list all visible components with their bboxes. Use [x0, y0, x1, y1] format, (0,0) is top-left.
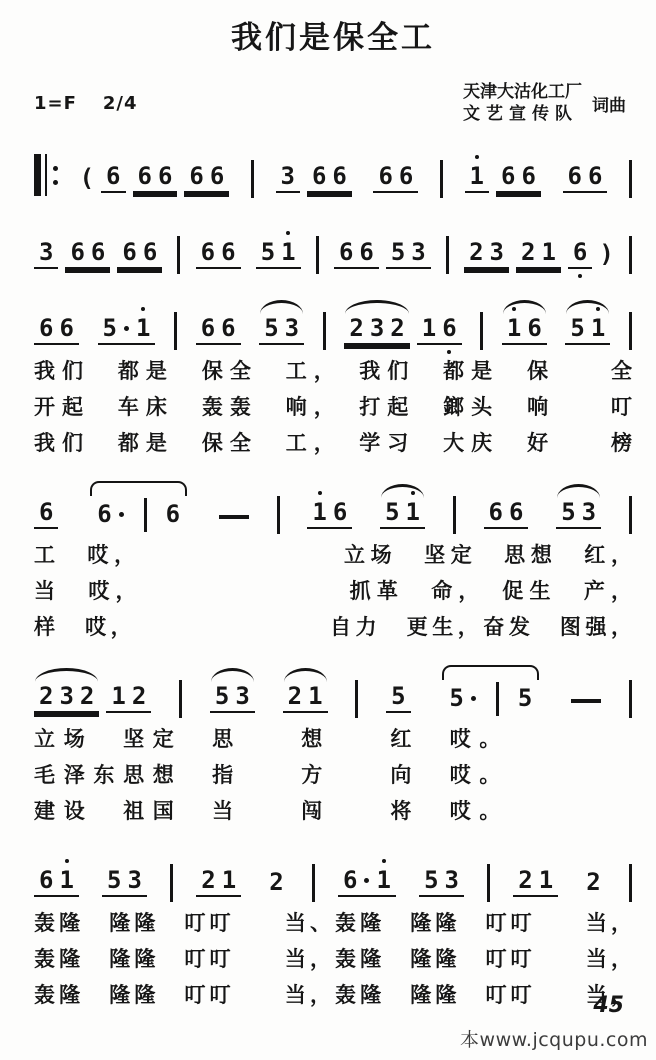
note-digits: 66	[373, 163, 418, 193]
music-line-3: 66516653232161651	[34, 279, 632, 353]
note-digits: 1	[465, 163, 489, 193]
note-group: 21	[196, 867, 241, 897]
note: 5	[100, 315, 120, 341]
note-group: 21	[516, 239, 561, 269]
note-digits: 23	[464, 239, 509, 269]
note-digits: 51	[98, 315, 156, 345]
note: 2	[583, 869, 603, 895]
note-digits: 51	[256, 239, 301, 269]
note: 6	[119, 239, 139, 265]
note-digits: 66	[307, 163, 352, 193]
beat-cluster: 66	[484, 499, 529, 529]
note-digits: 12	[106, 683, 151, 713]
note-digits: 2	[264, 869, 288, 897]
note-digits: 66	[484, 499, 529, 529]
note: 6	[36, 499, 56, 525]
note-digits: 53	[102, 867, 147, 897]
note-group: 21	[513, 867, 558, 897]
note-digits: 5	[444, 685, 481, 713]
lyric-line-5-3: 建设 祖国 当 闯 将 哎。	[34, 793, 500, 829]
page-content: 我们是保全工 1=F2/4 天津大沽化工厂 文艺宣传队 词曲 (66666366…	[0, 0, 656, 1013]
note-digits: 6	[92, 501, 129, 529]
note-group: 66	[133, 163, 178, 193]
credit-line-2: 文艺宣传队	[463, 103, 582, 125]
score: (666663666616666366666651665323216)66516…	[34, 127, 632, 1013]
note-digits: 61	[34, 867, 79, 897]
page-number: 45	[593, 993, 624, 1018]
barline	[355, 680, 358, 718]
note-digits: 3	[276, 163, 300, 193]
note: 3	[367, 315, 387, 341]
note-group: 66	[65, 239, 110, 269]
note: 6	[140, 239, 160, 265]
note-digits: 66	[34, 315, 79, 345]
note: 1	[588, 315, 608, 341]
note: 5	[388, 239, 408, 265]
barline	[480, 312, 483, 350]
note-digits: 66	[196, 239, 241, 269]
note-group: 66	[484, 499, 529, 529]
note: 6	[88, 239, 108, 265]
beat-cluster: 16	[307, 499, 352, 529]
octave-dot-below	[447, 350, 451, 354]
note: 5	[558, 499, 578, 525]
beat-cluster: 53	[210, 683, 255, 713]
note: 3	[36, 239, 56, 265]
barline	[323, 312, 326, 350]
note-digits: 16	[502, 315, 547, 345]
music-text: (	[80, 165, 94, 193]
system-4: 66616516653工 哎， 立场 坚定 思想 红，当 哎， 抓革 命， 促生…	[34, 463, 632, 645]
barline	[629, 680, 632, 718]
beat-cluster: 21	[196, 867, 241, 897]
beat-cluster: 53	[419, 867, 464, 897]
barline	[144, 498, 147, 532]
repeat-thin-bar	[45, 154, 47, 196]
music-line-1: (666663666616666	[34, 127, 632, 201]
lyric-line-3-1: 我们 都是 保全 工， 我们 都是 保 全	[34, 353, 632, 389]
note: 6	[67, 239, 87, 265]
note-digits: 66	[496, 163, 541, 193]
key-signature: 1=F	[34, 93, 77, 114]
beat-cluster: 2	[264, 869, 288, 897]
lyric-line-3-3: 我们 都是 保全 工， 学习 大庆 好 榜	[34, 425, 632, 461]
barline	[496, 682, 499, 716]
note-group: 12	[106, 683, 151, 713]
note-group: 51	[380, 499, 425, 529]
note-group: 66	[196, 315, 241, 345]
note-group: 23	[464, 239, 509, 269]
note-group: 2	[581, 869, 605, 897]
note-group: 66	[307, 163, 352, 193]
note: 5	[212, 683, 232, 709]
time-signature: 2/4	[103, 93, 138, 114]
note: 3	[232, 683, 252, 709]
note: 6	[506, 499, 526, 525]
augmentation-dot	[364, 878, 369, 883]
octave-dot-above	[65, 859, 69, 863]
lyric-line-5-1: 立场 坚定 思 想 红 哎。	[34, 721, 500, 757]
note-group: 6	[34, 499, 58, 529]
note: 6	[163, 501, 183, 527]
beat-cluster: 21	[283, 683, 328, 713]
beat-cluster: 6	[34, 499, 58, 529]
music-text: )	[599, 241, 613, 269]
note: 2	[266, 869, 286, 895]
augmentation-dot	[119, 512, 124, 517]
beat-cluster: 51	[380, 499, 425, 529]
note: 5	[421, 867, 441, 893]
note: 5	[446, 685, 466, 711]
tie-group: 55	[438, 682, 543, 713]
note-group: 5	[513, 685, 537, 713]
note: 1	[133, 315, 153, 341]
song-title: 我们是保全工	[34, 12, 632, 57]
note: 1	[419, 315, 439, 341]
credit-suffix: 词曲	[592, 91, 626, 116]
note-digits: 16	[307, 499, 352, 529]
beat-cluster: 2	[581, 869, 605, 897]
note-digits: 51	[565, 315, 610, 345]
held-note-dash	[219, 515, 249, 519]
note: 1	[467, 163, 487, 189]
octave-dot-above	[475, 155, 479, 159]
beat-cluster: 51	[256, 239, 301, 269]
watermark-text: 本www.jcqupu.com	[460, 1025, 648, 1052]
credit-lines: 天津大沽化工厂 文艺宣传队	[463, 81, 582, 125]
repeat-dots	[53, 166, 58, 185]
note-group: 6	[92, 501, 129, 529]
barline	[629, 864, 632, 902]
system-5: 232125321555立场 坚定 思 想 红 哎。毛泽东思想 指 方 向 哎。…	[34, 647, 632, 829]
note: 1	[309, 499, 329, 525]
octave-dot-below	[578, 274, 582, 278]
beat-cluster: 51	[565, 315, 610, 345]
note-group: 66	[373, 163, 418, 193]
note-group: 53	[556, 499, 601, 529]
note-digits: 5	[386, 683, 410, 713]
note-digits: 232	[344, 315, 409, 345]
tie-group: 66	[86, 498, 191, 529]
note-group: 16	[502, 315, 547, 345]
note-group: 232	[34, 683, 99, 713]
note: 6	[198, 239, 218, 265]
note: 6	[36, 867, 56, 893]
note-digits: 6	[101, 163, 125, 193]
note: 3	[282, 315, 302, 341]
beat-cluster: 21	[513, 867, 558, 897]
note-group: 6	[101, 163, 125, 193]
beat-cluster: 36666	[34, 239, 162, 269]
note: 1	[536, 867, 556, 893]
note-digits: 53	[419, 867, 464, 897]
note-group: 6	[161, 501, 185, 529]
note: 1	[504, 315, 524, 341]
note: 1	[305, 683, 325, 709]
note-digits: 21	[513, 867, 558, 897]
beat-cluster: 51	[98, 315, 156, 345]
note: 3	[278, 163, 298, 189]
note: 2	[466, 239, 486, 265]
note-digits: 16	[417, 315, 462, 345]
octave-dot-above	[596, 307, 600, 311]
meta-row: 1=F2/4 天津大沽化工厂 文艺宣传队 词曲	[34, 81, 632, 125]
note-group: 21	[283, 683, 328, 713]
note-group: 5	[386, 683, 410, 713]
note-digits: 53	[259, 315, 304, 345]
note-digits: 66	[334, 239, 379, 269]
system-1: (666663666616666	[34, 127, 632, 201]
note: 2	[77, 683, 97, 709]
note-group: 66	[117, 239, 162, 269]
barline	[179, 680, 182, 718]
note-group: 51	[565, 315, 610, 345]
note: 6	[198, 315, 218, 341]
credits-block: 天津大沽化工厂 文艺宣传队 词曲	[463, 81, 626, 125]
beat-cluster: 61	[34, 867, 79, 897]
octave-dot-above	[411, 491, 415, 495]
note: 2	[36, 683, 56, 709]
note-digits: 53	[556, 499, 601, 529]
octave-dot-above	[512, 307, 516, 311]
barline	[446, 236, 449, 274]
note-digits: 66	[65, 239, 110, 269]
note: 1	[108, 683, 128, 709]
note: 5	[261, 315, 281, 341]
note-group: 66	[563, 163, 608, 193]
note: 6	[585, 163, 605, 189]
note-group: 16	[307, 499, 352, 529]
augmentation-dot	[471, 696, 476, 701]
note-group: 53	[210, 683, 255, 713]
lyric-line-6-3: 轰隆 隆隆 叮叮 当，轰隆 隆隆 叮叮 当，	[34, 977, 632, 1013]
note: 3	[408, 239, 428, 265]
note: 6	[439, 315, 459, 341]
beat-cluster: 66	[196, 315, 241, 345]
note: 2	[129, 683, 149, 709]
note-digits: 21	[516, 239, 561, 269]
barline	[629, 160, 632, 198]
note: 1	[278, 239, 298, 265]
note: 1	[373, 867, 393, 893]
note: 6	[336, 239, 356, 265]
note-group: 2	[264, 869, 288, 897]
note: 5	[515, 685, 535, 711]
note-group: 66	[496, 163, 541, 193]
note: 6	[524, 315, 544, 341]
barline	[629, 312, 632, 350]
note-digits: 5	[513, 685, 537, 713]
barline	[251, 160, 254, 198]
lyric-line-6-2: 轰隆 隆隆 叮叮 当，轰隆 隆隆 叮叮 当，	[34, 941, 632, 977]
barline	[629, 496, 632, 534]
barline	[453, 496, 456, 534]
note-group: 66	[196, 239, 241, 269]
note-digits: 53	[386, 239, 431, 269]
note: 5	[567, 315, 587, 341]
note: 5	[388, 683, 408, 709]
note-digits: 21	[283, 683, 328, 713]
note: 2	[518, 239, 538, 265]
note: 6	[155, 163, 175, 189]
note-digits: 66	[563, 163, 608, 193]
note: 6	[309, 163, 329, 189]
note: 6	[396, 163, 416, 189]
note-digits: 51	[380, 499, 425, 529]
note-group: 66	[334, 239, 379, 269]
note: 6	[56, 315, 76, 341]
credit-line-1: 天津大沽化工厂	[463, 81, 582, 103]
note-group: 5	[444, 685, 481, 713]
note: 6	[570, 239, 590, 265]
lyric-line-4-1: 工 哎， 立场 坚定 思想 红，	[34, 537, 632, 573]
note-group: 53	[102, 867, 147, 897]
sheet-music-page: 我们是保全工 1=F2/4 天津大沽化工厂 文艺宣传队 词曲 (66666366…	[0, 0, 656, 1060]
held-note-dash	[571, 699, 601, 703]
lyric-line-4-2: 当 哎， 抓革 命， 促生 产，	[34, 573, 632, 609]
note: 1	[403, 499, 423, 525]
note: 6	[207, 163, 227, 189]
note: 6	[356, 239, 376, 265]
note: 6	[36, 315, 56, 341]
barline	[174, 312, 177, 350]
note: 3	[56, 683, 76, 709]
beat-cluster: 16	[502, 315, 547, 345]
note: 1	[219, 867, 239, 893]
note-group: 3	[276, 163, 300, 193]
barline	[277, 496, 280, 534]
beat-cluster: 166	[465, 163, 541, 193]
note-group: 51	[256, 239, 301, 269]
note: 6	[498, 163, 518, 189]
note: 6	[94, 501, 114, 527]
note-group: 3	[34, 239, 58, 269]
note: 6	[340, 867, 360, 893]
note: 5	[382, 499, 402, 525]
beat-cluster: 66	[563, 163, 608, 193]
note-group: 53	[386, 239, 431, 269]
note-digits: 66	[133, 163, 178, 193]
note-group: 61	[338, 867, 396, 897]
note-digits: 6	[34, 499, 58, 529]
barline	[177, 236, 180, 274]
beat-cluster: 61	[338, 867, 396, 897]
octave-dot-above	[318, 491, 322, 495]
octave-dot-above	[141, 307, 145, 311]
music-line-5: 232125321555	[34, 647, 632, 721]
note-group: 6	[568, 239, 592, 269]
augmentation-dot	[124, 326, 129, 331]
beat-cluster: 66	[34, 315, 79, 345]
note-digits: 6	[161, 501, 185, 529]
repeat-thick-bar	[34, 154, 41, 196]
note-digits: 66	[117, 239, 162, 269]
note: 3	[442, 867, 462, 893]
beat-cluster: 23216	[344, 315, 461, 345]
beat-cluster: 23216)	[464, 239, 614, 269]
note: 2	[515, 867, 535, 893]
note-group: 53	[259, 315, 304, 345]
note: 6	[103, 163, 123, 189]
barline	[170, 864, 173, 902]
note: 6	[218, 315, 238, 341]
note-group: 51	[98, 315, 156, 345]
note: 3	[487, 239, 507, 265]
music-line-2: 366666651665323216)	[34, 203, 632, 277]
note: 6	[330, 499, 350, 525]
note: 3	[125, 867, 145, 893]
beat-cluster: 53	[556, 499, 601, 529]
note-group: 232	[344, 315, 409, 345]
beat-cluster: 53	[259, 315, 304, 345]
system-2: 366666651665323216)	[34, 203, 632, 277]
barline	[316, 236, 319, 274]
note: 6	[186, 163, 206, 189]
note-group: 66	[34, 315, 79, 345]
note: 2	[346, 315, 366, 341]
note: 6	[565, 163, 585, 189]
music-line-4: 66616516653	[34, 463, 632, 537]
beat-cluster: (66666	[80, 163, 230, 193]
note: 6	[375, 163, 395, 189]
note: 1	[56, 867, 76, 893]
barline	[487, 864, 490, 902]
beat-cluster: 23212	[34, 683, 151, 713]
beat-cluster: 366	[276, 163, 352, 193]
system-6: 61532126153212轰隆 隆隆 叮叮 当、轰隆 隆隆 叮叮 当，轰隆 隆…	[34, 831, 632, 1013]
note-digits: 21	[196, 867, 241, 897]
note-group: 1	[465, 163, 489, 193]
note-digits: 61	[338, 867, 396, 897]
note-digits: 53	[210, 683, 255, 713]
repeat-begin-sign	[34, 154, 58, 196]
octave-dot-above	[286, 231, 290, 235]
beat-cluster: 66	[373, 163, 418, 193]
note-digits: 3	[34, 239, 58, 269]
note-digits: 2	[581, 869, 605, 897]
lyric-line-6-1: 轰隆 隆隆 叮叮 当、轰隆 隆隆 叮叮 当，	[34, 905, 632, 941]
beat-cluster: 53	[102, 867, 147, 897]
barline	[629, 236, 632, 274]
note: 6	[329, 163, 349, 189]
note: 6	[135, 163, 155, 189]
octave-dot-above	[382, 859, 386, 863]
note-group: 61	[34, 867, 79, 897]
note-group: 66	[184, 163, 229, 193]
note: 2	[387, 315, 407, 341]
note: 5	[104, 867, 124, 893]
note: 1	[538, 239, 558, 265]
system-3: 66516653232161651我们 都是 保全 工， 我们 都是 保 全开起…	[34, 279, 632, 461]
music-line-6: 61532126153212	[34, 831, 632, 905]
beat-cluster: 5	[386, 683, 410, 713]
note: 2	[285, 683, 305, 709]
note-digits: 66	[196, 315, 241, 345]
barline	[312, 864, 315, 902]
note-digits: 232	[34, 683, 99, 713]
note: 6	[518, 163, 538, 189]
note-group: 53	[419, 867, 464, 897]
lyric-line-4-3: 样 哎， 自力 更生，奋发 图强，	[34, 609, 632, 645]
note: 6	[218, 239, 238, 265]
note: 5	[258, 239, 278, 265]
note: 6	[486, 499, 506, 525]
note: 2	[198, 867, 218, 893]
note-digits: 6	[568, 239, 592, 269]
note-group: 16	[417, 315, 462, 345]
lyric-line-5-2: 毛泽东思想 指 方 向 哎。	[34, 757, 500, 793]
note-digits: 66	[184, 163, 229, 193]
